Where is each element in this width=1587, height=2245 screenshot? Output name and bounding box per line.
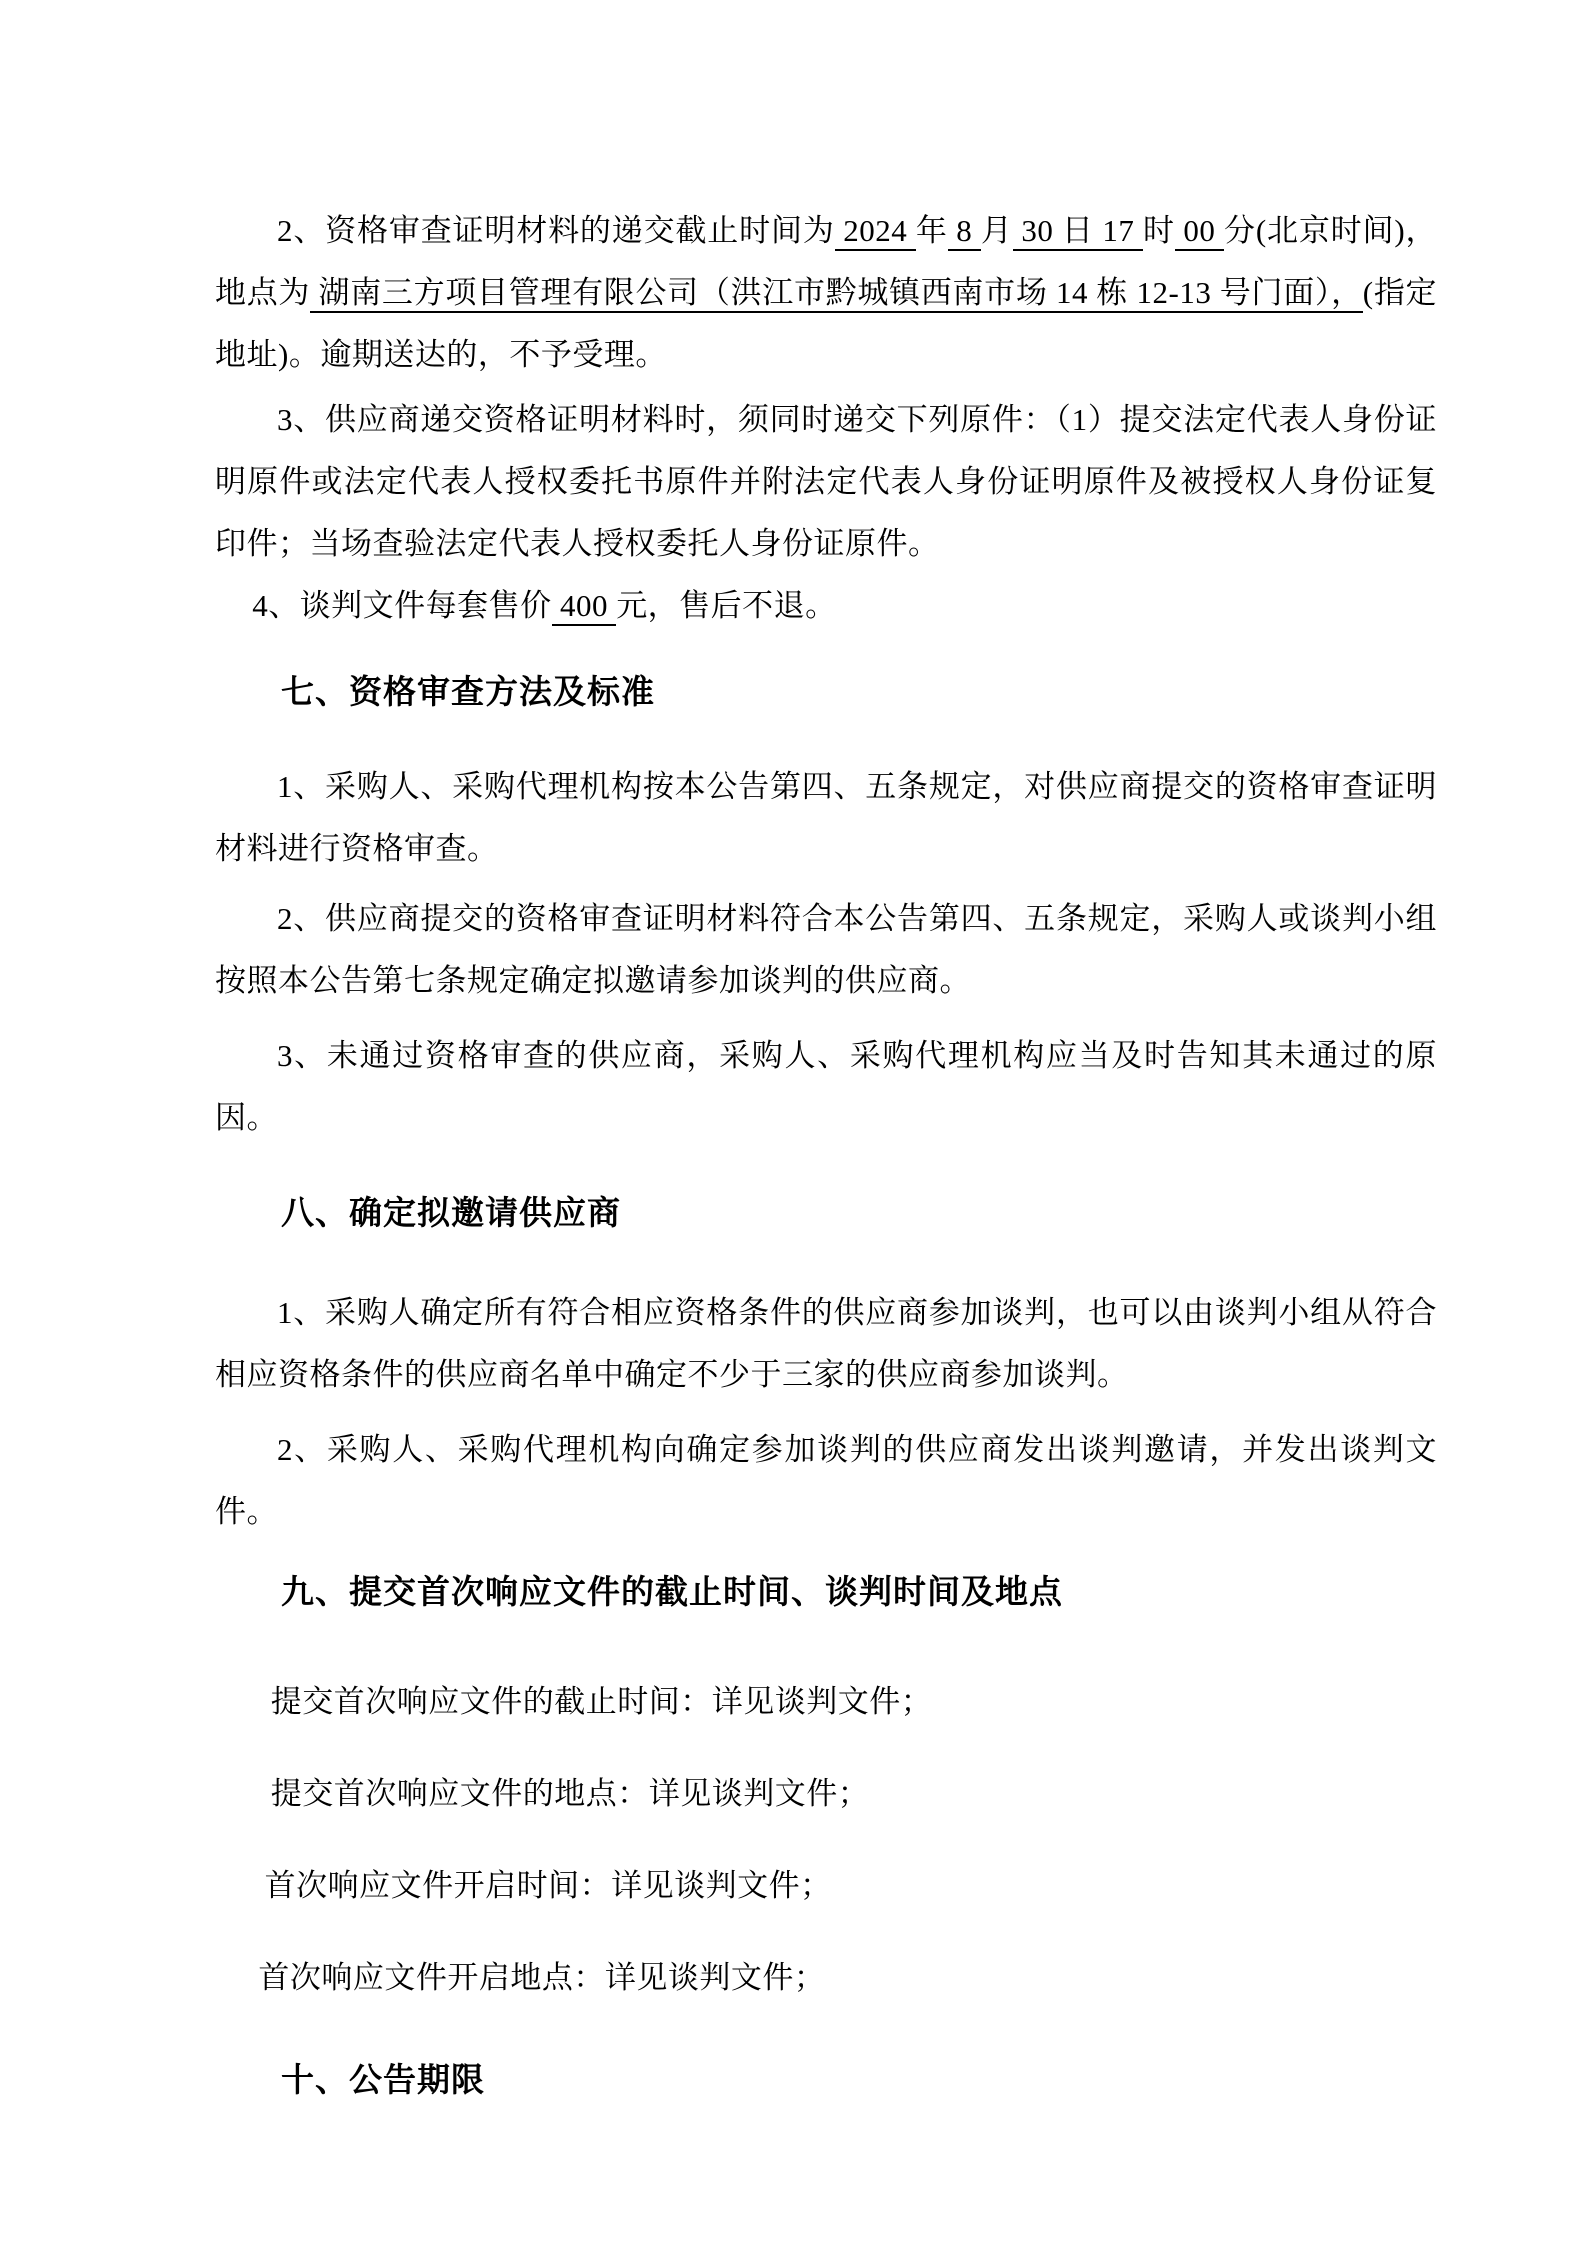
para-first-response-submit-place: 提交首次响应文件的地点：详见谈判文件； bbox=[215, 1763, 1437, 1825]
para-first-response-open-time: 首次响应文件开启时间：详见谈判文件； bbox=[215, 1855, 1437, 1917]
text-run: 元，售后不退。 bbox=[616, 588, 837, 623]
heading-section-8-determine-invited-suppliers: 八、确定拟邀请供应商 bbox=[215, 1182, 1437, 1244]
heading-section-10-announcement-period: 十、公告期限 bbox=[215, 2049, 1437, 2111]
para-original-documents-requirement: 3、供应商递交资格证明材料时，须同时递交下列原件：（1）提交法定代表人身份证明原… bbox=[215, 389, 1437, 575]
blank-filled-address: 湖南三方项目管理有限公司（洪江市黔城镇西南市场 14 栋 12-13 号门面）， bbox=[310, 275, 1363, 313]
text-run: 月 bbox=[981, 213, 1013, 248]
para-negotiation-document-price: 4、谈判文件每套售价 400 元，售后不退。 bbox=[215, 575, 1437, 637]
para-section7-item-3: 3、未通过资格审查的供应商，采购人、采购代理机构应当及时告知其未通过的原因。 bbox=[215, 1025, 1437, 1149]
blank-filled-month: 8 bbox=[948, 213, 981, 251]
blank-filled-year: 2024 bbox=[835, 213, 916, 251]
text-run: 时 bbox=[1143, 213, 1175, 248]
text-run: 2、资格审查证明材料的递交截止时间为 bbox=[277, 213, 835, 248]
blank-filled-price: 400 bbox=[552, 588, 617, 626]
para-section7-item-2: 2、供应商提交的资格审查证明材料符合本公告第四、五条规定，采购人或谈判小组按照本… bbox=[215, 888, 1437, 1012]
blank-filled-minute: 00 bbox=[1175, 213, 1224, 251]
para-section8-item-2: 2、采购人、采购代理机构向确定参加谈判的供应商发出谈判邀请，并发出谈判文件。 bbox=[215, 1419, 1437, 1543]
text-run: 年 bbox=[916, 213, 948, 248]
heading-section-7-qualification-review-method: 七、资格审查方法及标准 bbox=[215, 661, 1437, 723]
para-first-response-open-place: 首次响应文件开启地点：详见谈判文件； bbox=[215, 1947, 1437, 2009]
blank-filled-day-hour: 30 日 17 bbox=[1013, 213, 1143, 251]
para-first-response-submit-deadline: 提交首次响应文件的截止时间：详见谈判文件； bbox=[215, 1671, 1437, 1733]
text-run: 4、谈判文件每套售价 bbox=[252, 588, 552, 623]
para-qualification-materials-deadline: 2、资格审查证明材料的递交截止时间为 2024 年 8 月 30 日 17 时 … bbox=[215, 200, 1437, 386]
document-page: 2、资格审查证明材料的递交截止时间为 2024 年 8 月 30 日 17 时 … bbox=[215, 0, 1437, 2111]
para-section7-item-1: 1、采购人、采购代理机构按本公告第四、五条规定，对供应商提交的资格审查证明材料进… bbox=[215, 756, 1437, 880]
heading-section-9-first-response-deadline-time-place: 九、提交首次响应文件的截止时间、谈判时间及地点 bbox=[215, 1561, 1437, 1623]
para-section8-item-1: 1、采购人确定所有符合相应资格条件的供应商参加谈判，也可以由谈判小组从符合相应资… bbox=[215, 1282, 1437, 1406]
